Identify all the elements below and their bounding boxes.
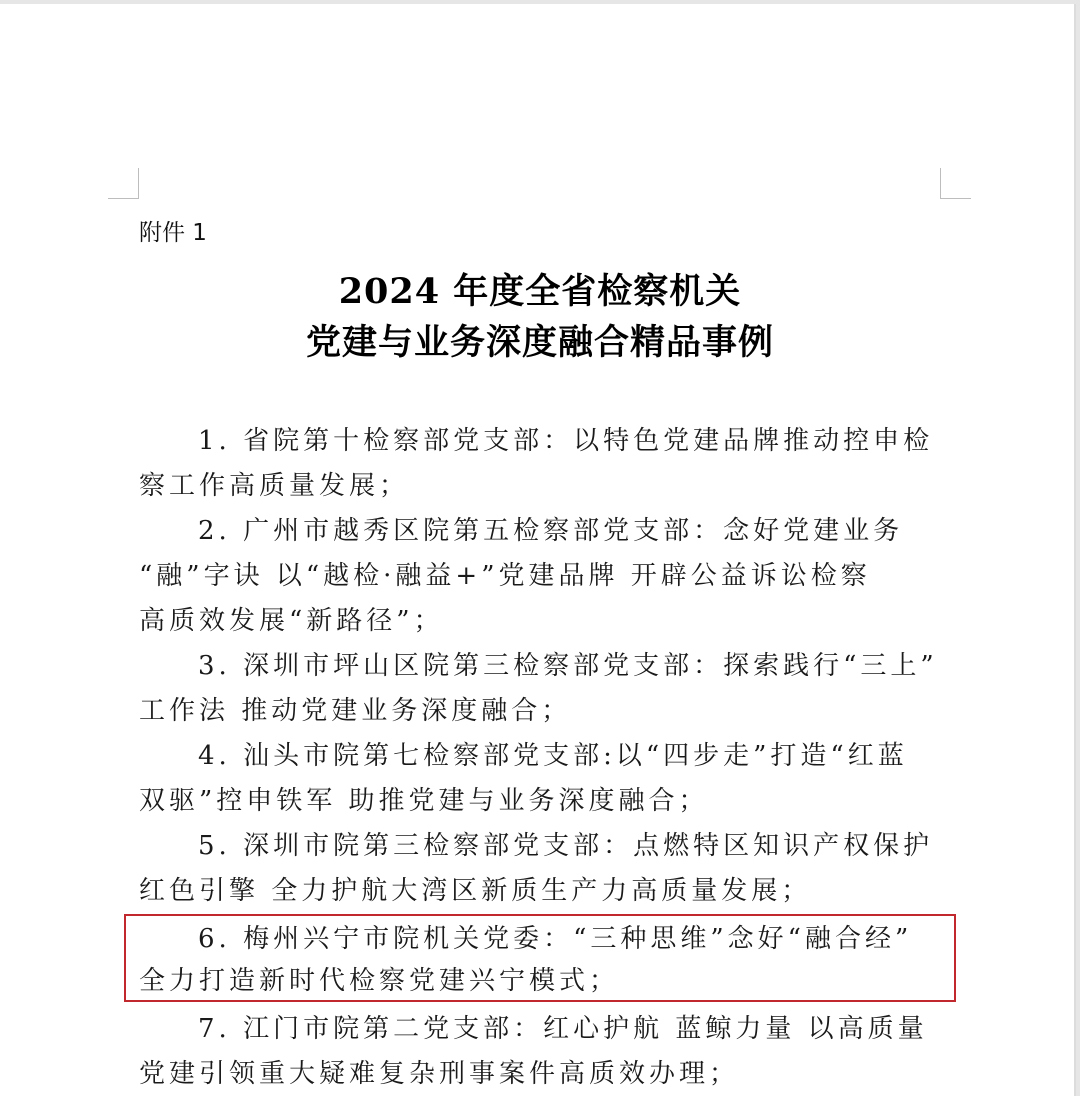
- list-item-6-line-1: 6. 梅州兴宁市院机关党委：“三种思维”念好“融合经”: [198, 922, 998, 956]
- document-title-line-2: 党建与业务深度融合精品事例: [0, 315, 1080, 365]
- list-item-3-line-1: 3. 深圳市坪山区院第三检察部党支部：探索践行“三上”: [198, 649, 998, 683]
- list-item-5-line-1: 5. 深圳市院第三检察部党支部：点燃特区知识产权保护: [198, 829, 998, 863]
- list-item-3-line-2: 工作法 推动党建业务深度融合；: [139, 694, 939, 728]
- list-item-2-line-3: 高质效发展“新路径”；: [139, 604, 939, 638]
- list-item-1-line-2: 察工作高质量发展；: [139, 469, 939, 503]
- document-page: 附件 1 2024 年度全省检察机关 党建与业务深度融合精品事例 1. 省院第十…: [0, 4, 1076, 1096]
- list-item-4-line-2: 双驱”控申铁军 助推党建与业务深度融合；: [139, 784, 939, 818]
- list-item-7-line-1: 7. 江门市院第二党支部：红心护航 蓝鲸力量 以高质量: [198, 1012, 998, 1046]
- margin-corner-mark-top-left: [108, 168, 139, 199]
- attachment-label: 附件 1: [139, 214, 207, 247]
- list-item-4-line-1: 4. 汕头市院第七检察部党支部:以“四步走”打造“红蓝: [198, 739, 998, 773]
- document-title-line-1: 2024 年度全省检察机关: [0, 264, 1080, 314]
- list-item-7-line-2: 党建引领重大疑难复杂刑事案件高质效办理；: [139, 1057, 939, 1091]
- list-item-6-line-2: 全力打造新时代检察党建兴宁模式；: [139, 964, 939, 998]
- margin-corner-mark-top-right: [940, 168, 971, 199]
- list-item-2-line-1: 2. 广州市越秀区院第五检察部党支部：念好党建业务: [198, 514, 998, 548]
- list-item-2-line-2: “融”字诀 以“越检·融益+”党建品牌 开辟公益诉讼检察: [139, 559, 939, 593]
- list-item-1-line-1: 1. 省院第十检察部党支部：以特色党建品牌推动控申检: [198, 424, 998, 458]
- list-item-5-line-2: 红色引擎 全力护航大湾区新质生产力高质量发展；: [139, 874, 939, 908]
